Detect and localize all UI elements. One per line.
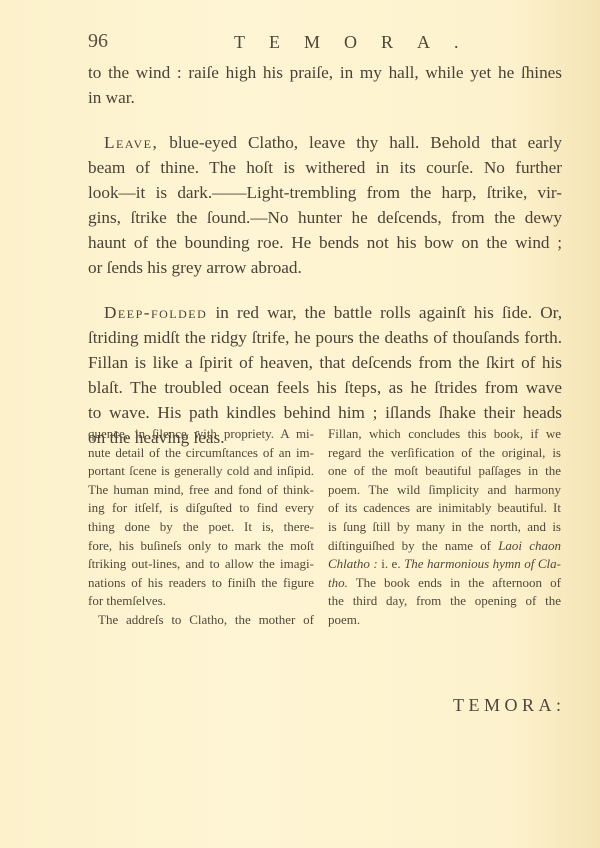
- text-line: blaſt. The troubled ocean feels his ſtep…: [88, 375, 562, 400]
- note-line: Fillan, which concludes this book, if we: [328, 425, 561, 444]
- text-line: to the wind : raiſe high his praiſe, in …: [88, 60, 562, 85]
- paragraph-lead: Deep-folded: [104, 303, 207, 322]
- footnote-left-column: quence, in ſilence with propriety. A mi-…: [88, 425, 314, 630]
- note-line: nute detail of the circumſtances of an i…: [88, 444, 314, 463]
- paragraph-leave: Leave, blue-eyed Clatho, leave thy hall.…: [88, 130, 562, 280]
- text-line: in war.: [88, 85, 562, 110]
- note-line: of its cadences are inimitably beautiful…: [328, 499, 561, 518]
- note-line: one of the moſt beautiful paſſages in th…: [328, 462, 561, 481]
- page-number: 96: [88, 30, 108, 53]
- text-line: haunt of the bounding roe. He bends not …: [88, 230, 562, 255]
- note-line: quence, in ſilence with propriety. A mi-: [88, 425, 314, 444]
- note-line: poem.: [328, 611, 561, 630]
- next-section-title: TEMORA:: [453, 695, 566, 716]
- text-line: Deep-folded in red war, the battle rolls…: [88, 300, 562, 325]
- book-page: 96 TEMORA. to the wind : raiſe high his …: [0, 0, 600, 848]
- note-line: The addreſs to Clatho, the mother of: [88, 611, 314, 630]
- text-line: to wave. His path kindles behind him ; i…: [88, 400, 562, 425]
- page-header: 96 TEMORA.: [88, 30, 558, 56]
- note-line: the third day, from the opening of the: [328, 592, 561, 611]
- note-line: regard the verſification of the original…: [328, 444, 561, 463]
- footnote-right-column: Fillan, which concludes this book, if we…: [328, 425, 561, 630]
- text-line: Fillan is like a ſpirit of heaven, that …: [88, 350, 562, 375]
- note-line: tho. The book ends in the afternoon of: [328, 574, 561, 593]
- note-line: diſtinguiſhed by the name of Laoi chaon: [328, 537, 561, 556]
- italic-title: Laoi chaon: [498, 538, 561, 553]
- text-line: Leave, blue-eyed Clatho, leave thy hall.…: [88, 130, 562, 155]
- text-line: or ſends his grey arrow abroad.: [88, 255, 562, 280]
- note-line: ſtriking out-lines, and to allow the ima…: [88, 555, 314, 574]
- note-line: fore, his buſineſs only to mark the moſt: [88, 537, 314, 556]
- opening-paragraph: to the wind : raiſe high his praiſe, in …: [88, 60, 562, 110]
- text-line: look—it is dark.——Light-trembling from t…: [88, 180, 562, 205]
- text-line: beam of thine. The hoſt is withered in i…: [88, 155, 562, 180]
- note-line: ing for itſelf, is diſguſted to find eve…: [88, 499, 314, 518]
- main-text: to the wind : raiſe high his praiſe, in …: [88, 60, 562, 450]
- paragraph-lead: Leave,: [104, 133, 158, 152]
- text-line: ſtriding midſt the ridgy ſtrife, he pour…: [88, 325, 562, 350]
- note-line: Chlatho : i. e. The harmonious hymn of C…: [328, 555, 561, 574]
- text-line: gins, ſtrike the ſound.—No hunter he deſ…: [88, 205, 562, 230]
- note-line: The human mind, free and fond of think-: [88, 481, 314, 500]
- note-line: nations of his readers to finiſh the fig…: [88, 574, 314, 593]
- note-line: portant ſcene is generally cold and inſi…: [88, 462, 314, 481]
- note-line: poem. The wild ſimplicity and harmony: [328, 481, 561, 500]
- running-head: TEMORA.: [234, 32, 483, 53]
- note-line: for themſelves.: [88, 592, 314, 611]
- note-line: thing done by the poet. It is, there-: [88, 518, 314, 537]
- note-line: is ſung ſtill by many in the north, and …: [328, 518, 561, 537]
- italic-translation: The harmonious hymn of Cla-: [404, 556, 561, 571]
